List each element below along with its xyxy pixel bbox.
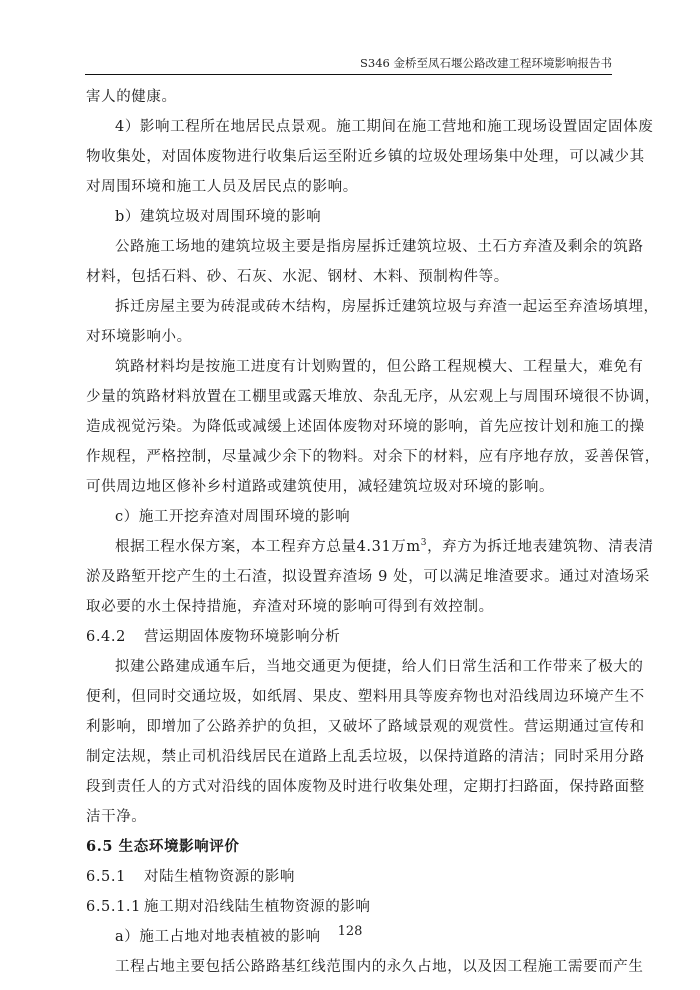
header-title: S346 金桥至凤石堰公路改建工程环境影响报告书 — [360, 55, 612, 71]
text-line: 公路施工场地的建筑垃圾主要是指房屋拆迁建筑垃圾、土石方弃渣及剩余的筑路 — [86, 232, 612, 262]
section-title: 对陆生植物资源的影响 — [144, 869, 295, 885]
text-line: 对周围环境和施工人员及居民点的影响。 — [86, 172, 612, 202]
text-line: 拆迁房屋主要为砖混或砖木结构，房屋拆迁建筑垃圾与弃渣一起运至弃渣场填埋， — [86, 292, 612, 322]
text-line: 可供周边地区修补乡村道路或建筑使用，减轻建筑垃圾对环境的影响。 — [86, 472, 612, 502]
text-line: 筑路材料均是按施工进度有计划购置的，但公路工程规模大、工程量大，难免有 — [86, 352, 612, 382]
section-title: 营运期固体废物环境影响分析 — [144, 629, 340, 645]
section-number: 6.5.1.1 — [86, 892, 144, 922]
text-line: 4）影响工程所在地居民点景观。施工期间在施工营地和施工现场设置固定固体废 — [86, 112, 612, 142]
text-line: 作规程，严格控制，尽量减少余下的物料。对余下的材料，应有序地存放，妥善保管， — [86, 442, 612, 472]
page-number: 128 — [0, 924, 700, 939]
section-heading-6511: 6.5.1.1施工期对沿线陆生植物资源的影响 — [86, 892, 612, 922]
text-line: 害人的健康。 — [86, 82, 612, 112]
text-line: 工程占地主要包括公路路基红线范围内的永久占地，以及因工程施工需要而产生 — [86, 952, 612, 982]
text-line: 拟建公路建成通车后，当地交通更为便捷，给人们日常生活和工作带来了极大的 — [86, 652, 612, 682]
text-line: 材料，包括石料、砂、石灰、水泥、钢材、木料、预制构件等。 — [86, 262, 612, 292]
text-line: 取必要的水土保持措施，弃渣对环境的影响可得到有效控制。 — [86, 592, 612, 622]
spoil-text-suffix: ，弃方为拆迁地表建筑物、清表清 — [427, 539, 654, 555]
section-number: 6.4.2 — [86, 622, 144, 652]
text-line: 对环境影响小。 — [86, 322, 612, 352]
text-line: 制定法规，禁止司机沿线居民在道路上乱丢垃圾，以保持道路的清洁；同时采用分路 — [86, 742, 612, 772]
spoil-text-prefix: 根据工程水保方案，本工程弃方总量4.31万m — [115, 539, 421, 555]
text-line: 物收集处，对固体废物进行收集后运至附近乡镇的垃圾处理场集中处理，可以减少其 — [86, 142, 612, 172]
text-line: 根据工程水保方案，本工程弃方总量4.31万m3，弃方为拆迁地表建筑物、清表清 — [86, 532, 612, 562]
section-heading-642: 6.4.2营运期固体废物环境影响分析 — [86, 622, 612, 652]
text-line: 利影响，即增加了公路养护的负担，又破坏了路域景观的观赏性。营运期通过宣传和 — [86, 712, 612, 742]
subheading-b: b）建筑垃圾对周围环境的影响 — [86, 202, 612, 232]
section-title: 施工期对沿线陆生植物资源的影响 — [144, 899, 371, 915]
page-header: S346 金桥至凤石堰公路改建工程环境影响报告书 — [85, 50, 612, 75]
text-line: 造成视觉污染。为降低或减缓上述固体废物对环境的影响，首先应按计划和施工的操 — [86, 412, 612, 442]
text-line: 淤及路堑开挖产生的土石渣，拟设置弃渣场 9 处，可以满足堆渣要求。通过对渣场采 — [86, 562, 612, 592]
text-line: 洁干净。 — [86, 802, 612, 832]
page-body: 害人的健康。 4）影响工程所在地居民点景观。施工期间在施工营地和施工现场设置固定… — [86, 82, 612, 982]
section-heading-651: 6.5.1对陆生植物资源的影响 — [86, 862, 612, 892]
text-line: 便利，但同时交通垃圾，如纸屑、果皮、塑料用具等废弃物也对沿线周边环境产生不 — [86, 682, 612, 712]
section-number: 6.5.1 — [86, 862, 144, 892]
text-line: 段到责任人的方式对沿线的固体废物及时进行收集处理，定期打扫路面，保持路面整 — [86, 772, 612, 802]
subheading-c: c）施工开挖弃渣对周围环境的影响 — [86, 502, 612, 532]
text-line: 少量的筑路材料放置在工棚里或露天堆放、杂乱无序，从宏观上与周围环境很不协调， — [86, 382, 612, 412]
section-heading-65: 6.5 生态环境影响评价 — [86, 832, 612, 862]
